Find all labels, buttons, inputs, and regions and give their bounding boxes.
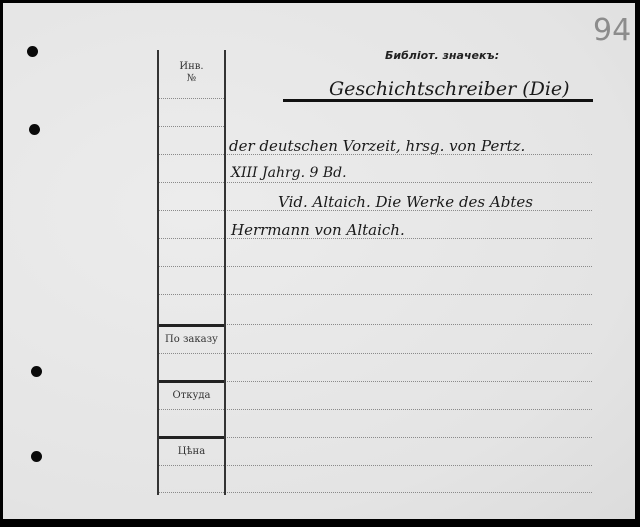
- left-rule: [159, 465, 224, 466]
- entry-rule: [227, 409, 592, 410]
- left-rule: [159, 409, 224, 410]
- left-rule: [159, 238, 224, 239]
- entry-line: Herrmann von Altaich.: [231, 221, 405, 239]
- left-rule: [159, 210, 224, 211]
- entry-rule: [227, 492, 592, 493]
- punch-hole: [27, 46, 38, 57]
- punch-hole: [31, 366, 42, 377]
- left-rule: [159, 154, 224, 155]
- title-underline: [283, 99, 593, 102]
- entry-rule: [227, 266, 592, 267]
- price-label: Цѣна: [159, 446, 224, 457]
- section-divider: [159, 436, 224, 439]
- entry-rule: [227, 437, 592, 438]
- entry-rule: [227, 182, 592, 183]
- library-mark-label: Библіот. значекъ:: [385, 49, 499, 62]
- left-rule: [159, 266, 224, 267]
- left-rule: [159, 353, 224, 354]
- punch-hole: [31, 451, 42, 462]
- section-divider: [159, 380, 224, 383]
- corner-number: 94: [593, 13, 631, 48]
- left-rule: [159, 182, 224, 183]
- source-label: Откуда: [159, 390, 224, 401]
- entry-line: der deutschen Vorzeit, hrsg. von Pertz.: [229, 137, 525, 155]
- left-rule: [159, 126, 224, 127]
- entry-rule: [227, 324, 592, 325]
- punch-hole: [29, 124, 40, 135]
- entry-rule: [227, 294, 592, 295]
- left-rule: [159, 294, 224, 295]
- entry-rule: [227, 465, 592, 466]
- inv-label: Инв. №: [159, 61, 224, 85]
- left-rule: [159, 492, 224, 493]
- entry-rule: [227, 353, 592, 354]
- by-order-label: По заказу: [159, 334, 224, 345]
- entry-line: XIII Jahrg. 9 Bd.: [231, 165, 347, 181]
- catalog-card: 94 Инв. № По заказу Откуда Цѣна Библіот.…: [3, 3, 635, 519]
- entry-rule: [227, 381, 592, 382]
- section-divider: [159, 324, 224, 327]
- left-column-border: [157, 50, 159, 495]
- left-column-divider: [224, 50, 226, 495]
- entry-line: Vid. Altaich. Die Werke des Abtes: [278, 193, 533, 211]
- card-title: Geschichtschreiber (Die): [329, 78, 570, 100]
- left-rule: [159, 98, 224, 99]
